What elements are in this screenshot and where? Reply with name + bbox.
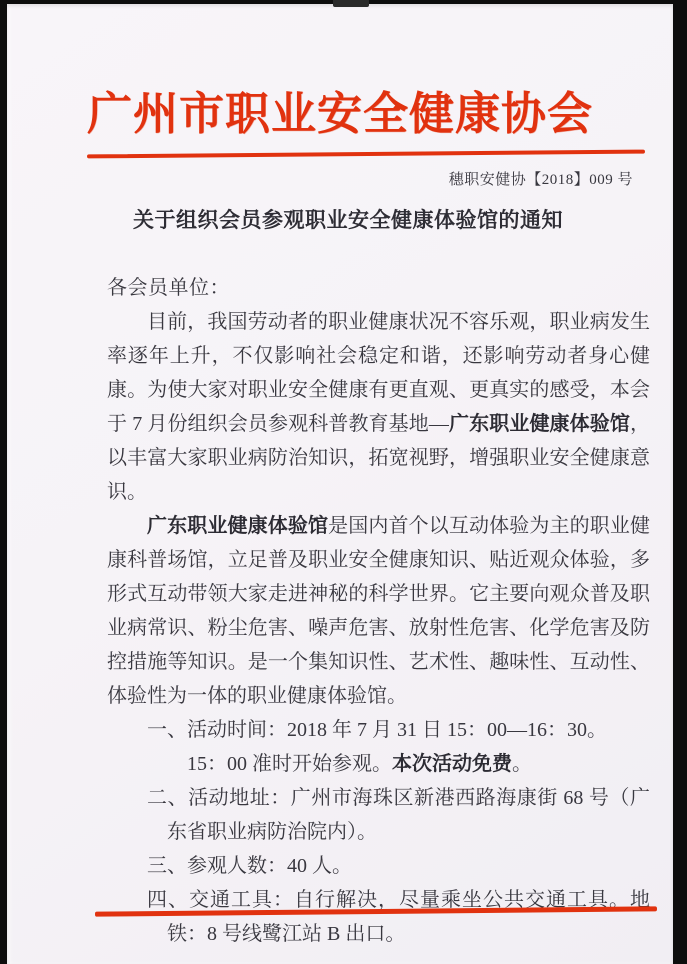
venue-name-bold: 广东职业健康体验馆 (147, 515, 328, 537)
doc-number: 穗职安健协【2018】009 号 (7, 170, 633, 190)
list-item-attendance: 三、参观人数：40 人。 (107, 849, 650, 883)
list-item-transport: 四、交通工具：自行解决，尽量乘坐公共交通工具。地铁：8 号线鹭江站 B 出口。 (107, 883, 650, 951)
document-page: 广州市职业安全健康协会 穗职安健协【2018】009 号 关于组织会员参观职业安… (7, 4, 673, 964)
time-note-period: 。 (512, 753, 532, 775)
time-note-text: 15：00 准时开始参观。 (187, 753, 392, 775)
list-item-time: 一、活动时间：2018 年 7 月 31 日 15：00—16：30。 (107, 713, 650, 747)
notice-title: 关于组织会员参观职业安全健康体验馆的通知 (23, 205, 673, 235)
paragraph-2-text: 是国内首个以互动体验为主的职业健康科普场馆，立足普及职业安全健康知识、贴近观众体… (107, 515, 650, 707)
org-name: 广州市职业安全健康协会 (25, 88, 655, 140)
list-item-address: 二、活动地址：广州市海珠区新港西路海康街 68 号（广东省职业病防治院内）。 (107, 781, 650, 849)
scan-artifact (333, 0, 369, 7)
scan-background: 广州市职业安全健康协会 穗职安健协【2018】009 号 关于组织会员参观职业安… (0, 0, 687, 964)
paragraph-2: 广东职业健康体验馆是国内首个以互动体验为主的职业健康科普场馆，立足普及职业安全健… (107, 509, 650, 713)
venue-name-bold: 广东职业健康体验馆 (449, 413, 630, 435)
header-rule (87, 150, 645, 159)
paragraph-1: 目前，我国劳动者的职业健康状况不容乐观，职业病发生率逐年上升，不仅影响社会稳定和… (107, 305, 650, 509)
free-activity-bold: 本次活动免费 (392, 753, 512, 775)
list-item-time-note: 15：00 准时开始参观。本次活动免费。 (107, 747, 650, 781)
notice-body: 各会员单位： 目前，我国劳动者的职业健康状况不容乐观，职业病发生率逐年上升，不仅… (107, 271, 650, 951)
salutation: 各会员单位： (107, 271, 650, 305)
